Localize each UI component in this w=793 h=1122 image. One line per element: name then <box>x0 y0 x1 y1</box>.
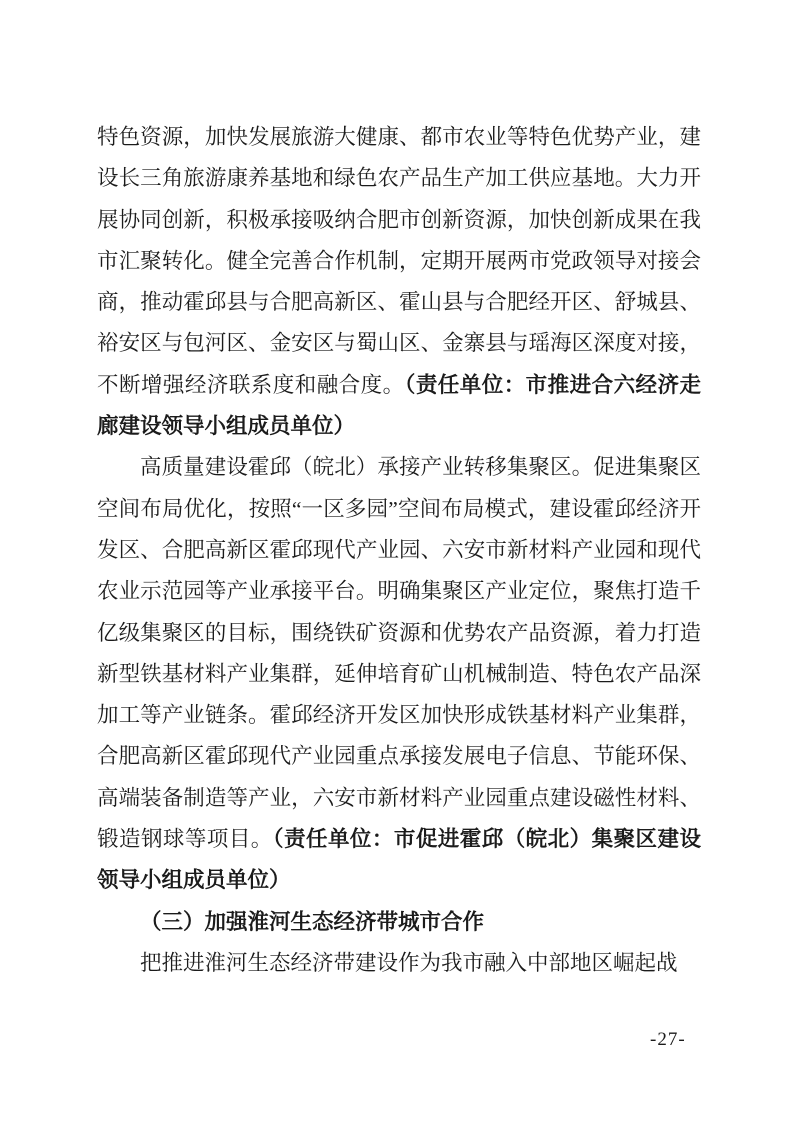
paragraph-1-text: 特色资源，加快发展旅游大健康、都市农业等特色优势产业，建设长三角旅游康养基地和绿… <box>97 125 701 397</box>
paragraph-1: 特色资源，加快发展旅游大健康、都市农业等特色优势产业，建设长三角旅游康养基地和绿… <box>97 117 701 447</box>
paragraph-2-text: 高质量建设霍邱（皖北）承接产业转移集聚区。促进集聚区空间布局优化，按照“一区多园… <box>97 455 701 851</box>
section-heading: （三）加强淮河生态经济带城市合作 <box>97 902 701 943</box>
paragraph-2: 高质量建设霍邱（皖北）承接产业转移集聚区。促进集聚区空间布局优化，按照“一区多园… <box>97 447 701 901</box>
document-page: 特色资源，加快发展旅游大健康、都市农业等特色优势产业，建设长三角旅游康养基地和绿… <box>0 0 793 1122</box>
paragraph-3: 把推进淮河生态经济带建设作为我市融入中部地区崛起战 <box>97 943 701 984</box>
page-number: -27- <box>650 1028 710 1052</box>
document-body: 特色资源，加快发展旅游大健康、都市农业等特色优势产业，建设长三角旅游康养基地和绿… <box>97 117 701 984</box>
